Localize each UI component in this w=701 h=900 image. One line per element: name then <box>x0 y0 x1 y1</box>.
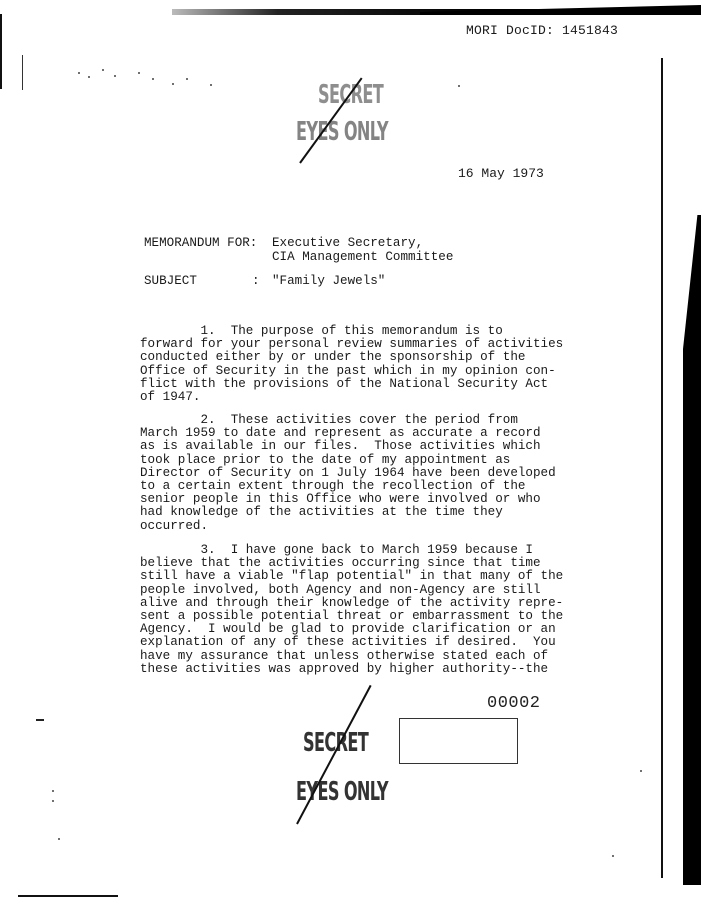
scan-speck <box>640 770 642 772</box>
memo-date: 16 May 1973 <box>458 166 544 181</box>
scan-speck <box>102 69 104 71</box>
memorandum-recipient-line-2: CIA Management Committee <box>272 250 453 264</box>
scan-speck <box>186 78 188 80</box>
scan-speck <box>172 83 174 85</box>
subject-value: "Family Jewels" <box>272 274 385 288</box>
document-page: MORI DocID: 1451843 SECRET EYES ONLY 16 … <box>0 0 701 900</box>
scan-speck <box>152 78 154 80</box>
page-number: 00002 <box>487 694 541 713</box>
scan-edge-bottom <box>18 895 118 897</box>
scan-speck <box>58 838 60 840</box>
document-id: MORI DocID: 1451843 <box>466 23 618 38</box>
classification-stamp-eyes-only-top: EYES ONLY <box>296 117 388 147</box>
paragraph-2: 2. These activities cover the period fro… <box>140 414 580 533</box>
scan-speck <box>52 790 54 792</box>
subject-label: SUBJECT <box>144 274 197 288</box>
scan-speck <box>114 75 116 77</box>
paragraph-3: 3. I have gone back to March 1959 becaus… <box>140 544 580 676</box>
scan-speck <box>138 72 140 74</box>
scan-speck <box>458 85 460 87</box>
subject-colon: : <box>252 274 260 288</box>
scan-speck <box>210 84 212 86</box>
paragraph-1: 1. The purpose of this memorandum is to … <box>140 325 580 404</box>
scan-mark-dash <box>36 719 44 721</box>
classification-stamp-eyes-only-bottom: EYES ONLY <box>296 777 388 807</box>
scan-speck <box>78 72 80 74</box>
scan-edge-left <box>0 14 2 89</box>
scan-rule-right <box>661 58 663 878</box>
scan-speck <box>88 76 90 78</box>
scan-speck <box>612 855 614 857</box>
scan-edge-right <box>683 215 701 885</box>
scan-speck <box>52 800 54 802</box>
empty-box <box>399 718 518 764</box>
memorandum-recipient-line-1: Executive Secretary, <box>272 236 423 250</box>
scan-mark-left <box>22 55 23 90</box>
memorandum-for-label: MEMORANDUM FOR: <box>144 236 257 250</box>
